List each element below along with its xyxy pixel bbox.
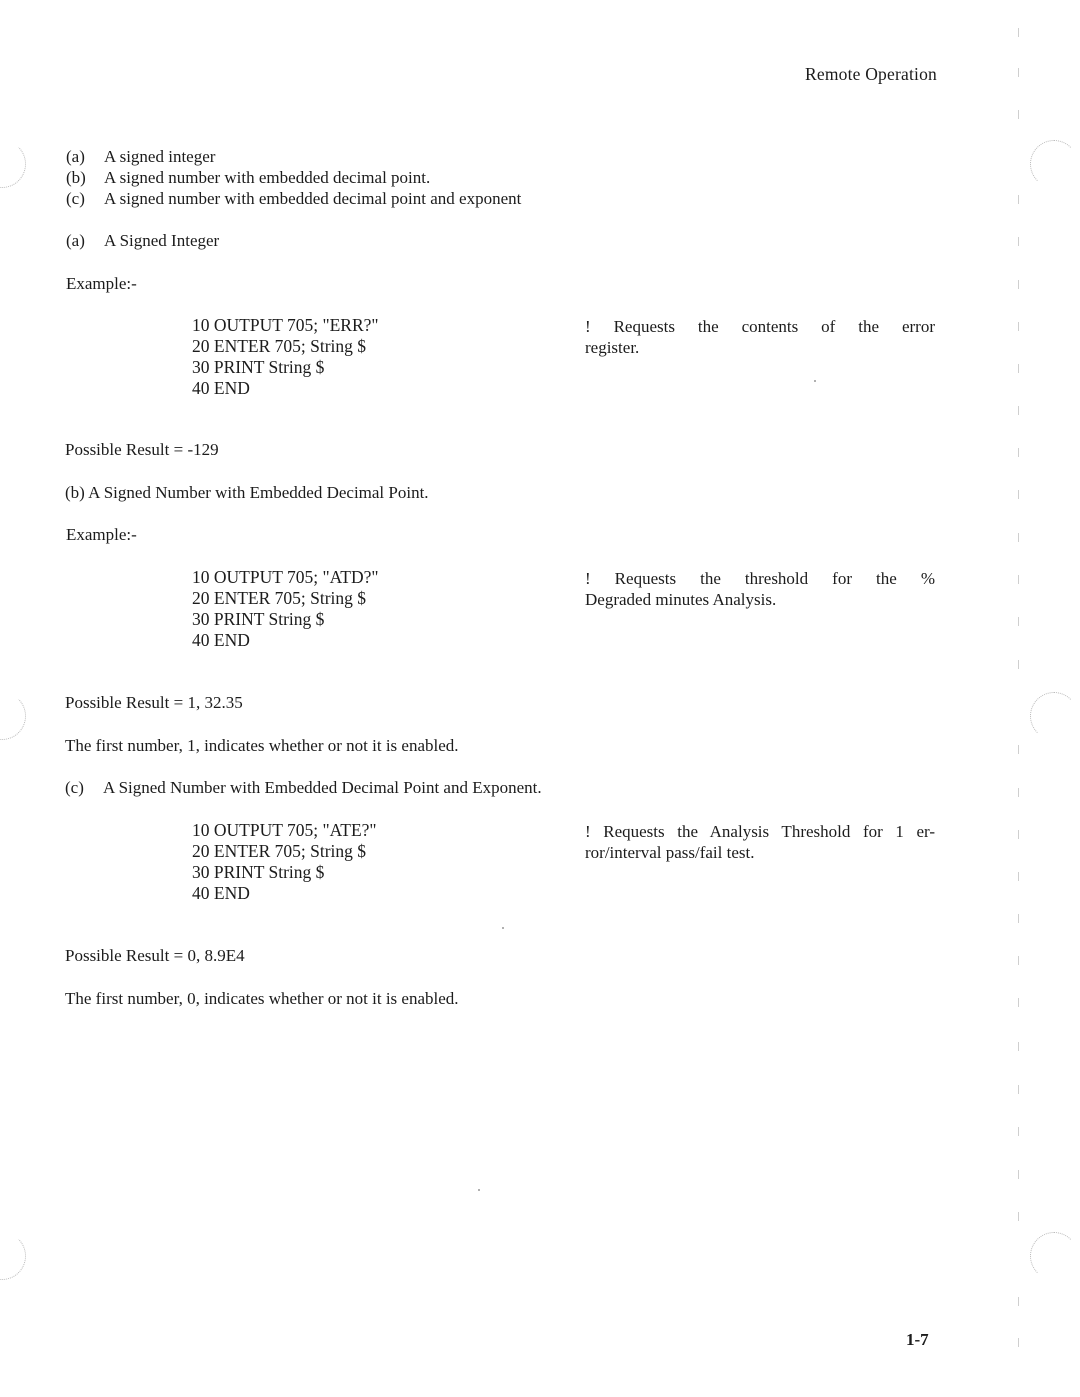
scan-speck xyxy=(814,380,816,382)
code-line: 20 ENTER 705; String $ xyxy=(192,336,379,357)
code-line: 40 END xyxy=(192,630,379,651)
edge-mark xyxy=(1015,956,1019,965)
edge-mark xyxy=(1015,788,1019,797)
code-block-c: 10 OUTPUT 705; "ATE?" 20 ENTER 705; Stri… xyxy=(192,820,377,904)
edge-mark xyxy=(1015,322,1019,331)
list-text: A signed number with embedded decimal po… xyxy=(104,168,430,187)
edge-mark xyxy=(1015,28,1019,37)
edge-mark xyxy=(1015,1338,1019,1347)
section-b-heading: (b) A Signed Number with Embedded Decima… xyxy=(65,483,429,503)
binder-hole-mark xyxy=(1030,692,1078,740)
edge-mark xyxy=(1015,745,1019,754)
comment-line: ! Requests the contents of the error xyxy=(585,316,935,337)
edge-mark xyxy=(1015,660,1019,669)
intro-list-item-a: (a)A signed integer xyxy=(66,147,215,167)
section-c-heading: (c)A Signed Number with Embedded Decimal… xyxy=(65,778,542,798)
edge-mark xyxy=(1015,1297,1019,1306)
code-comment-c: ! Requests the Analysis Threshold for 1 … xyxy=(585,821,935,863)
comment-line: register. xyxy=(585,338,639,357)
binder-hole-mark xyxy=(0,140,26,188)
code-line: 30 PRINT String $ xyxy=(192,862,377,883)
scan-speck xyxy=(478,1189,480,1191)
edge-mark xyxy=(1015,914,1019,923)
edge-mark xyxy=(1015,406,1019,415)
comment-line: Degraded minutes Analysis. xyxy=(585,590,776,609)
list-label: (b) xyxy=(66,168,104,188)
edge-mark xyxy=(1015,448,1019,457)
edge-mark xyxy=(1015,575,1019,584)
code-block-b: 10 OUTPUT 705; "ATD?" 20 ENTER 705; Stri… xyxy=(192,567,379,651)
code-line: 40 END xyxy=(192,378,379,399)
comment-line: ror/interval pass/fail test. xyxy=(585,843,754,862)
section-label: (c) xyxy=(65,778,103,798)
edge-mark xyxy=(1015,237,1019,246)
edge-mark xyxy=(1015,1212,1019,1221)
code-comment-b: ! Requests the threshold for the % Degra… xyxy=(585,568,935,610)
code-line: 40 END xyxy=(192,883,377,904)
binder-hole-mark xyxy=(1030,140,1078,188)
binder-hole-mark xyxy=(1030,1232,1078,1280)
section-title: A Signed Integer xyxy=(104,231,219,250)
edge-mark xyxy=(1015,998,1019,1007)
edge-mark xyxy=(1015,364,1019,373)
edge-mark xyxy=(1015,1170,1019,1179)
edge-mark xyxy=(1015,68,1019,77)
intro-list-item-c: (c)A signed number with embedded decimal… xyxy=(66,189,521,209)
result-b: Possible Result = 1, 32.35 xyxy=(65,693,243,713)
edge-mark xyxy=(1015,872,1019,881)
code-block-a: 10 OUTPUT 705; "ERR?" 20 ENTER 705; Stri… xyxy=(192,315,379,399)
edge-mark xyxy=(1015,533,1019,542)
code-line: 30 PRINT String $ xyxy=(192,357,379,378)
note-b: The first number, 1, indicates whether o… xyxy=(65,736,459,756)
list-label: (a) xyxy=(66,147,104,167)
edge-mark xyxy=(1015,110,1019,119)
list-text: A signed integer xyxy=(104,147,215,166)
result-a: Possible Result = -129 xyxy=(65,440,219,460)
example-label: Example:- xyxy=(66,525,137,545)
binder-hole-mark xyxy=(0,1232,26,1280)
section-label: (a) xyxy=(66,231,104,251)
edge-mark xyxy=(1015,1085,1019,1094)
section-title: A Signed Number with Embedded Decimal Po… xyxy=(103,778,542,797)
code-comment-a: ! Requests the contents of the error reg… xyxy=(585,316,935,358)
intro-list-item-b: (b)A signed number with embedded decimal… xyxy=(66,168,430,188)
comment-line: ! Requests the threshold for the % xyxy=(585,568,935,589)
code-line: 20 ENTER 705; String $ xyxy=(192,588,379,609)
edge-mark xyxy=(1015,1127,1019,1136)
result-c: Possible Result = 0, 8.9E4 xyxy=(65,946,245,966)
running-header: Remote Operation xyxy=(805,64,937,85)
list-text: A signed number with embedded decimal po… xyxy=(104,189,521,208)
list-label: (c) xyxy=(66,189,104,209)
code-line: 20 ENTER 705; String $ xyxy=(192,841,377,862)
scan-speck xyxy=(502,927,504,929)
section-a-heading: (a)A Signed Integer xyxy=(66,231,219,251)
comment-line: ! Requests the Analysis Threshold for 1 … xyxy=(585,821,935,842)
edge-mark xyxy=(1015,1042,1019,1051)
edge-mark xyxy=(1015,617,1019,626)
binder-hole-mark xyxy=(0,692,26,740)
edge-mark xyxy=(1015,490,1019,499)
code-line: 10 OUTPUT 705; "ATE?" xyxy=(192,820,377,841)
edge-mark xyxy=(1015,280,1019,289)
edge-mark xyxy=(1015,195,1019,204)
code-line: 30 PRINT String $ xyxy=(192,609,379,630)
code-line: 10 OUTPUT 705; "ERR?" xyxy=(192,315,379,336)
note-c: The first number, 0, indicates whether o… xyxy=(65,989,459,1009)
example-label: Example:- xyxy=(66,274,137,294)
code-line: 10 OUTPUT 705; "ATD?" xyxy=(192,567,379,588)
page-number: 1-7 xyxy=(906,1330,929,1350)
edge-mark xyxy=(1015,830,1019,839)
